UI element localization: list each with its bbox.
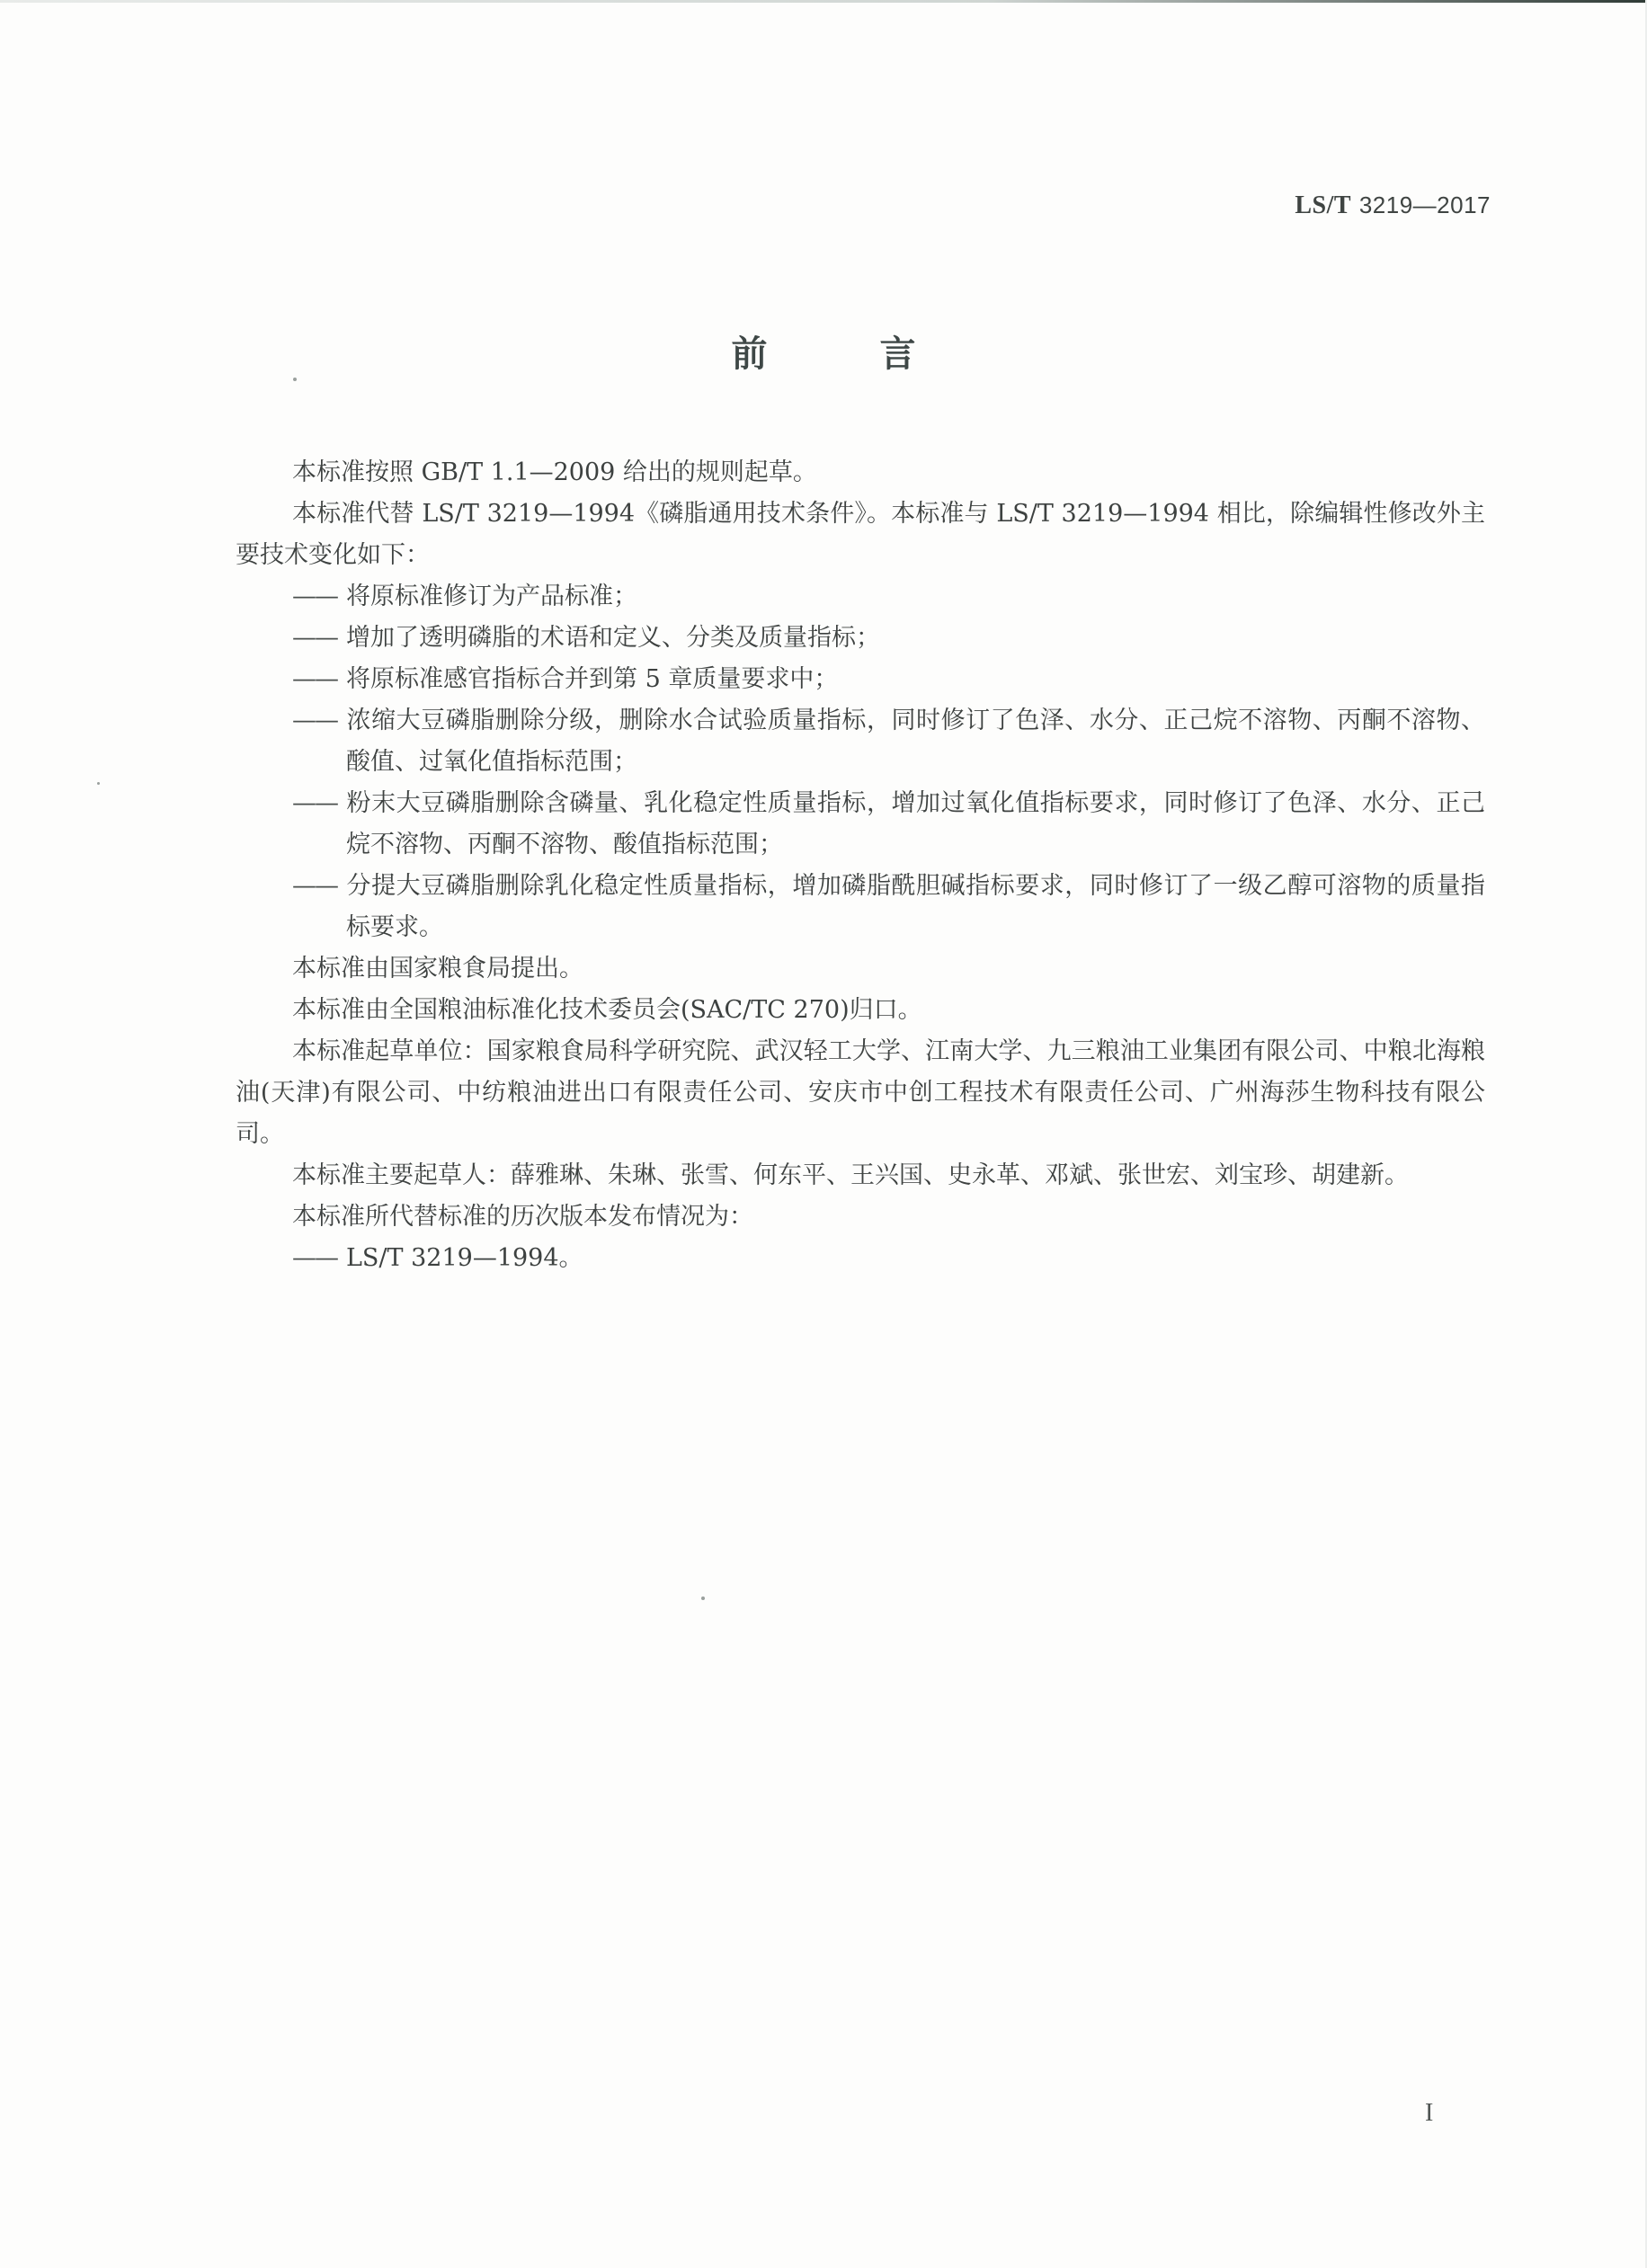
paragraph-replacement: 本标准代替 LS/T 3219—1994《磷脂通用技术条件》。本标准与 LS/T… xyxy=(236,494,1485,576)
em-dash-bullet: —— xyxy=(292,618,346,659)
paragraph-version-history: 本标准所代替标准的历次版本发布情况为： xyxy=(236,1196,1485,1238)
em-dash-bullet: —— xyxy=(292,700,346,742)
em-dash-bullet: —— xyxy=(292,866,346,907)
paragraph-drafting-units: 本标准起草单位：国家粮食局科学研究院、武汉轻工大学、江南大学、九三粮油工业集团有… xyxy=(236,1031,1485,1155)
page-title: 前言 xyxy=(0,325,1647,377)
list-item-text: 浓缩大豆磷脂删除分级，删除水合试验质量指标，同时修订了色泽、水分、正己烷不溶物、… xyxy=(346,707,1485,776)
em-dash-bullet: —— xyxy=(292,783,346,824)
list-item: ——分提大豆磷脂删除乳化稳定性质量指标，增加磷脂酰胆碱指标要求，同时修订了一级乙… xyxy=(292,866,1485,948)
list-item: ——增加了透明磷脂的术语和定义、分类及质量指标； xyxy=(292,618,1485,659)
list-item-text: 分提大豆磷脂删除乳化稳定性质量指标，增加磷脂酰胆碱指标要求，同时修订了一级乙醇可… xyxy=(346,872,1485,941)
paragraph-drafters: 本标准主要起草人：薛雅琳、朱琳、张雪、何东平、王兴国、史永革、邓斌、张世宏、刘宝… xyxy=(236,1155,1485,1196)
list-item: ——浓缩大豆磷脂删除分级，删除水合试验质量指标，同时修订了色泽、水分、正己烷不溶… xyxy=(292,700,1485,783)
history-list: ——LS/T 3219—1994。 xyxy=(236,1238,1485,1279)
em-dash-bullet: —— xyxy=(292,576,346,618)
page-title-char-2: 言 xyxy=(880,325,916,377)
paragraph-drafting-rules: 本标准按照 GB/T 1.1—2009 给出的规则起草。 xyxy=(236,452,1485,494)
document-code: LS/T 3219—2017 xyxy=(1295,191,1491,220)
page-title-char-1: 前 xyxy=(732,325,768,377)
list-item: ——将原标准感官指标合并到第 5 章质量要求中； xyxy=(292,659,1485,700)
list-item-text: LS/T 3219—1994。 xyxy=(346,1244,583,1272)
document-code-prefix: LS/T xyxy=(1295,191,1351,219)
document-code-number: 3219—2017 xyxy=(1359,191,1491,218)
changes-list: ——将原标准修订为产品标准； ——增加了透明磷脂的术语和定义、分类及质量指标； … xyxy=(236,576,1485,948)
scan-speck xyxy=(97,782,100,785)
foreword-body: 本标准按照 GB/T 1.1—2009 给出的规则起草。 本标准代替 LS/T … xyxy=(236,452,1485,1279)
list-item-text: 增加了透明磷脂的术语和定义、分类及质量指标； xyxy=(346,624,880,652)
list-item-text: 粉末大豆磷脂删除含磷量、乳化稳定性质量指标，增加过氧化值指标要求，同时修订了色泽… xyxy=(346,789,1485,858)
scan-top-edge xyxy=(0,0,1647,3)
list-item-text: 将原标准修订为产品标准； xyxy=(346,583,637,610)
list-item: ——LS/T 3219—1994。 xyxy=(292,1238,1485,1279)
em-dash-bullet: —— xyxy=(292,659,346,700)
list-item: ——将原标准修订为产品标准； xyxy=(292,576,1485,618)
scan-speck xyxy=(701,1596,705,1600)
list-item-text: 将原标准感官指标合并到第 5 章质量要求中； xyxy=(346,665,838,693)
paragraph-proposer: 本标准由国家粮食局提出。 xyxy=(236,948,1485,990)
em-dash-bullet: —— xyxy=(292,1238,346,1279)
paragraph-technical-committee: 本标准由全国粮油标准化技术委员会(SAC/TC 270)归口。 xyxy=(236,990,1485,1031)
page-number: I xyxy=(1425,2099,1433,2128)
list-item: ——粉末大豆磷脂删除含磷量、乳化稳定性质量指标，增加过氧化值指标要求，同时修订了… xyxy=(292,783,1485,866)
scan-speck xyxy=(293,378,297,381)
